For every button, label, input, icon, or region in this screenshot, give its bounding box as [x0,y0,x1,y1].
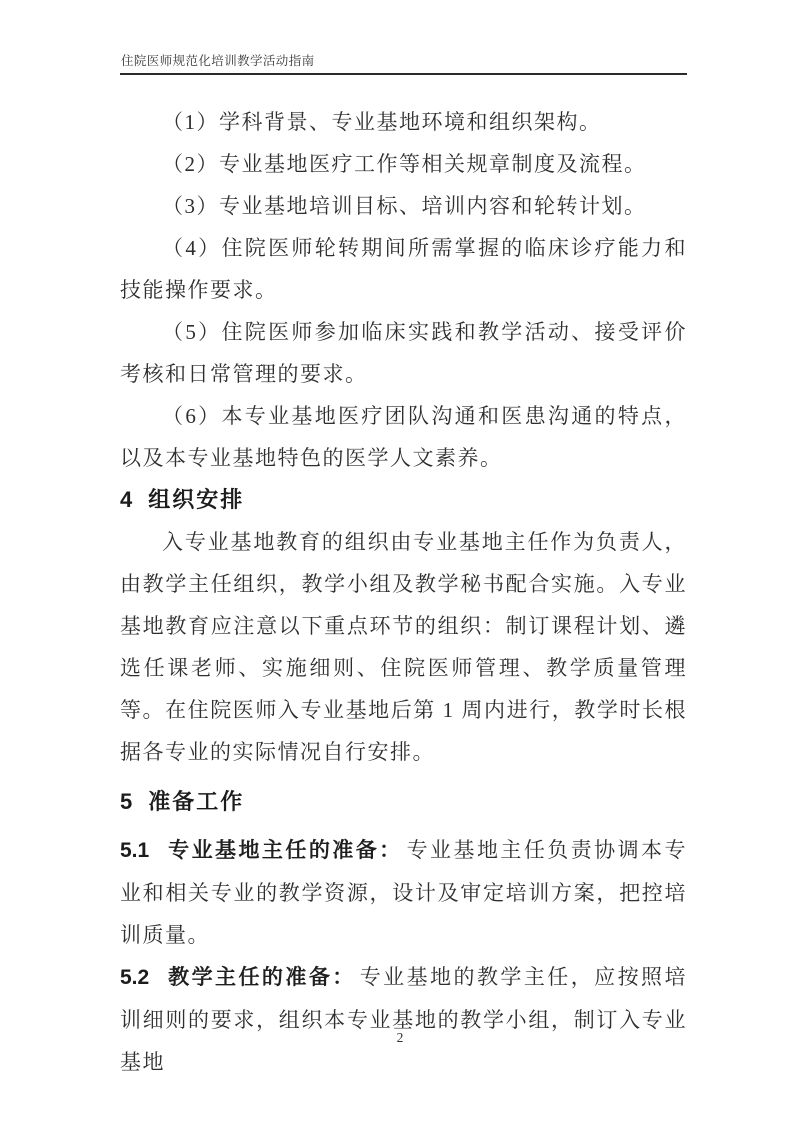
section-number: 5 [120,781,132,823]
subsection-number: 5.1 [120,839,149,862]
section-heading-preparation: 5准备工作 [120,781,687,823]
subsection-label: 专业基地主任的准备： [167,838,402,862]
section-title: 组织安排 [148,487,244,512]
page-header-title: 住院医师规范化培训教学活动指南 [121,51,688,69]
header-rule [120,73,687,75]
list-item-3: （3）专业基地培训目标、培训内容和轮转计划。 [120,185,687,227]
list-item-6: （6）本专业基地医疗团队沟通和医患沟通的特点，以及本专业基地特色的医学人文素养。 [120,395,687,479]
subsection-number: 5.2 [120,966,149,989]
section-title: 准备工作 [148,789,244,814]
document-body: （1）学科背景、专业基地环境和组织架构。 （2）专业基地医疗工作等相关规章制度及… [120,101,687,1083]
subsection-5-1: 5.1专业基地主任的准备：专业基地主任负责协调本专业和相关专业的教学资源，设计及… [120,829,687,956]
list-item-4: （4）住院医师轮转期间所需掌握的临床诊疗能力和技能操作要求。 [120,227,687,311]
subsection-5-2: 5.2教学主任的准备：专业基地的教学主任，应按照培训细则的要求，组织本专业基地的… [120,956,687,1083]
section-number: 4 [120,479,132,521]
section-organization-paragraph: 入专业基地教育的组织由专业基地主任作为负责人，由教学主任组织，教学小组及教学秘书… [120,521,687,773]
list-item-5: （5）住院医师参加临床实践和教学活动、接受评价考核和日常管理的要求。 [120,311,687,395]
section-heading-organization: 4组织安排 [120,479,687,521]
subsection-label: 教学主任的准备： [167,965,356,989]
list-item-1: （1）学科背景、专业基地环境和组织架构。 [120,101,687,143]
list-item-2: （2）专业基地医疗工作等相关规章制度及流程。 [120,143,687,185]
page-number: 2 [0,1030,800,1046]
document-page: 住院医师规范化培训教学活动指南 （1）学科背景、专业基地环境和组织架构。 （2）… [0,0,800,1131]
